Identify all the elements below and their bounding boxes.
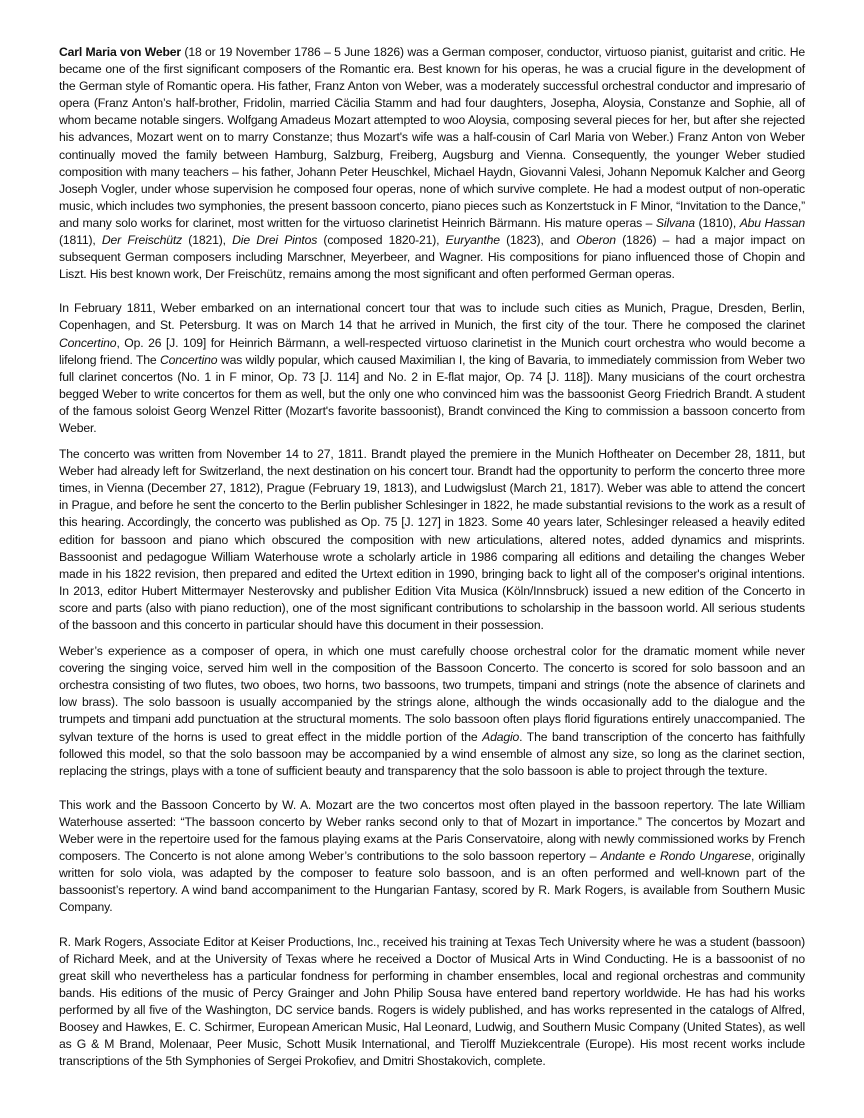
paragraph-repertory: This work and the Bassoon Concerto by W.… (59, 797, 805, 917)
paragraph-orchestration: Weber’s experience as a composer of oper… (59, 643, 805, 780)
work-title: Concertino (160, 353, 217, 367)
opera-title: Der Freischütz (102, 233, 182, 247)
paragraph-biography: Carl Maria von Weber (18 or 19 November … (59, 44, 805, 283)
movement-title: Adagio (482, 730, 519, 744)
paragraph-editor-bio: R. Mark Rogers, Associate Editor at Keis… (59, 934, 805, 1071)
composer-name: Carl Maria von Weber (59, 45, 181, 59)
opera-title: Oberon (576, 233, 616, 247)
paragraph-concert-tour: In February 1811, Weber embarked on an i… (59, 300, 805, 437)
opera-title: Abu Hassan (740, 216, 805, 230)
work-title: Concertino (59, 336, 116, 350)
work-title: Andante e Rondo Ungarese (601, 849, 751, 863)
document-page: Carl Maria von Weber (18 or 19 November … (59, 44, 805, 1070)
opera-title: Euryanthe (446, 233, 500, 247)
opera-title: Silvana (656, 216, 695, 230)
opera-title: Die Drei Pintos (232, 233, 317, 247)
paragraph-concerto-history: The concerto was written from November 1… (59, 446, 805, 634)
